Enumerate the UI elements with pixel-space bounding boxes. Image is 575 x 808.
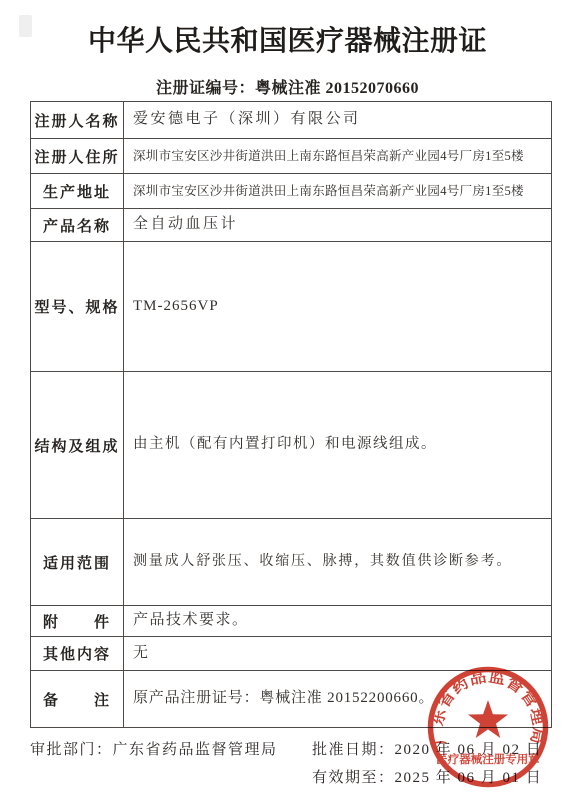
row-label: 注册人名称	[31, 102, 124, 138]
row-value: 深圳市宝安区沙井街道洪田上南东路恒昌荣高新产业园4号厂房1至5楼	[124, 174, 551, 208]
table-row: 适用范围 测量成人舒张压、收缩压、脉搏，其数值供诊断参考。	[31, 519, 551, 606]
valid-until-label: 有效期至：	[312, 770, 395, 786]
cert-number-label: 注册证编号：	[156, 80, 255, 97]
row-label: 备 注	[31, 671, 124, 727]
table-row: 生产地址 深圳市宝安区沙井街道洪田上南东路恒昌荣高新产业园4号厂房1至5楼	[31, 174, 551, 209]
row-value: 无	[124, 637, 551, 670]
table-row: 备 注 原产品注册证号：粤械注准 20152200660。	[31, 671, 551, 727]
row-value: TM-2656VP	[124, 242, 551, 371]
row-label: 产品名称	[31, 209, 124, 241]
certificate-table: 注册人名称 爱安德电子（深圳）有限公司 注册人住所 深圳市宝安区沙井街道洪田上南…	[30, 101, 552, 728]
page-title: 中华人民共和国医疗器械注册证	[0, 26, 575, 58]
row-value: 产品技术要求。	[124, 606, 551, 636]
valid-until-value: 2025 年 06 月 01 日	[395, 770, 543, 786]
row-value: 原产品注册证号：粤械注准 20152200660。	[124, 671, 551, 727]
row-label: 附 件	[31, 606, 124, 636]
table-row: 附 件 产品技术要求。	[31, 606, 551, 637]
row-label: 注册人住所	[31, 139, 124, 173]
approval-department-value: 广东省药品监督管理局	[113, 742, 278, 758]
row-value: 全自动血压计	[124, 209, 551, 241]
approval-department: 审批部门：广东省药品监督管理局	[30, 738, 278, 759]
row-label: 适用范围	[31, 519, 124, 605]
row-value: 深圳市宝安区沙井街道洪田上南东路恒昌荣高新产业园4号厂房1至5楼	[124, 139, 551, 173]
table-row: 注册人名称 爱安德电子（深圳）有限公司	[31, 102, 551, 139]
cert-number-line: 注册证编号：粤械注准 20152070660	[0, 75, 575, 98]
row-label: 结构及组成	[31, 372, 124, 518]
approval-date: 批准日期：2020 年 06 月 02 日	[312, 738, 542, 759]
cert-number-value: 粤械注准 20152070660	[255, 80, 419, 97]
approval-date-label: 批准日期：	[312, 742, 395, 758]
table-row: 注册人住所 深圳市宝安区沙井街道洪田上南东路恒昌荣高新产业园4号厂房1至5楼	[31, 139, 551, 174]
certificate-page: 中华人民共和国医疗器械注册证 注册证编号：粤械注准 20152070660 注册…	[0, 0, 575, 808]
table-row: 其他内容 无	[31, 637, 551, 671]
row-value: 测量成人舒张压、收缩压、脉搏，其数值供诊断参考。	[124, 519, 551, 605]
valid-until-date: 有效期至：2025 年 06 月 01 日	[312, 766, 542, 787]
row-label: 型号、规格	[31, 242, 124, 371]
table-row: 型号、规格 TM-2656VP	[31, 242, 551, 372]
row-label: 生产地址	[31, 174, 124, 208]
row-label: 其他内容	[31, 637, 124, 670]
table-row: 结构及组成 由主机（配有内置打印机）和电源线组成。	[31, 372, 551, 519]
approval-department-label: 审批部门：	[30, 742, 113, 758]
approval-date-value: 2020 年 06 月 02 日	[395, 742, 543, 758]
row-value: 由主机（配有内置打印机）和电源线组成。	[124, 372, 551, 518]
table-row: 产品名称 全自动血压计	[31, 209, 551, 242]
row-value: 爱安德电子（深圳）有限公司	[124, 102, 551, 138]
